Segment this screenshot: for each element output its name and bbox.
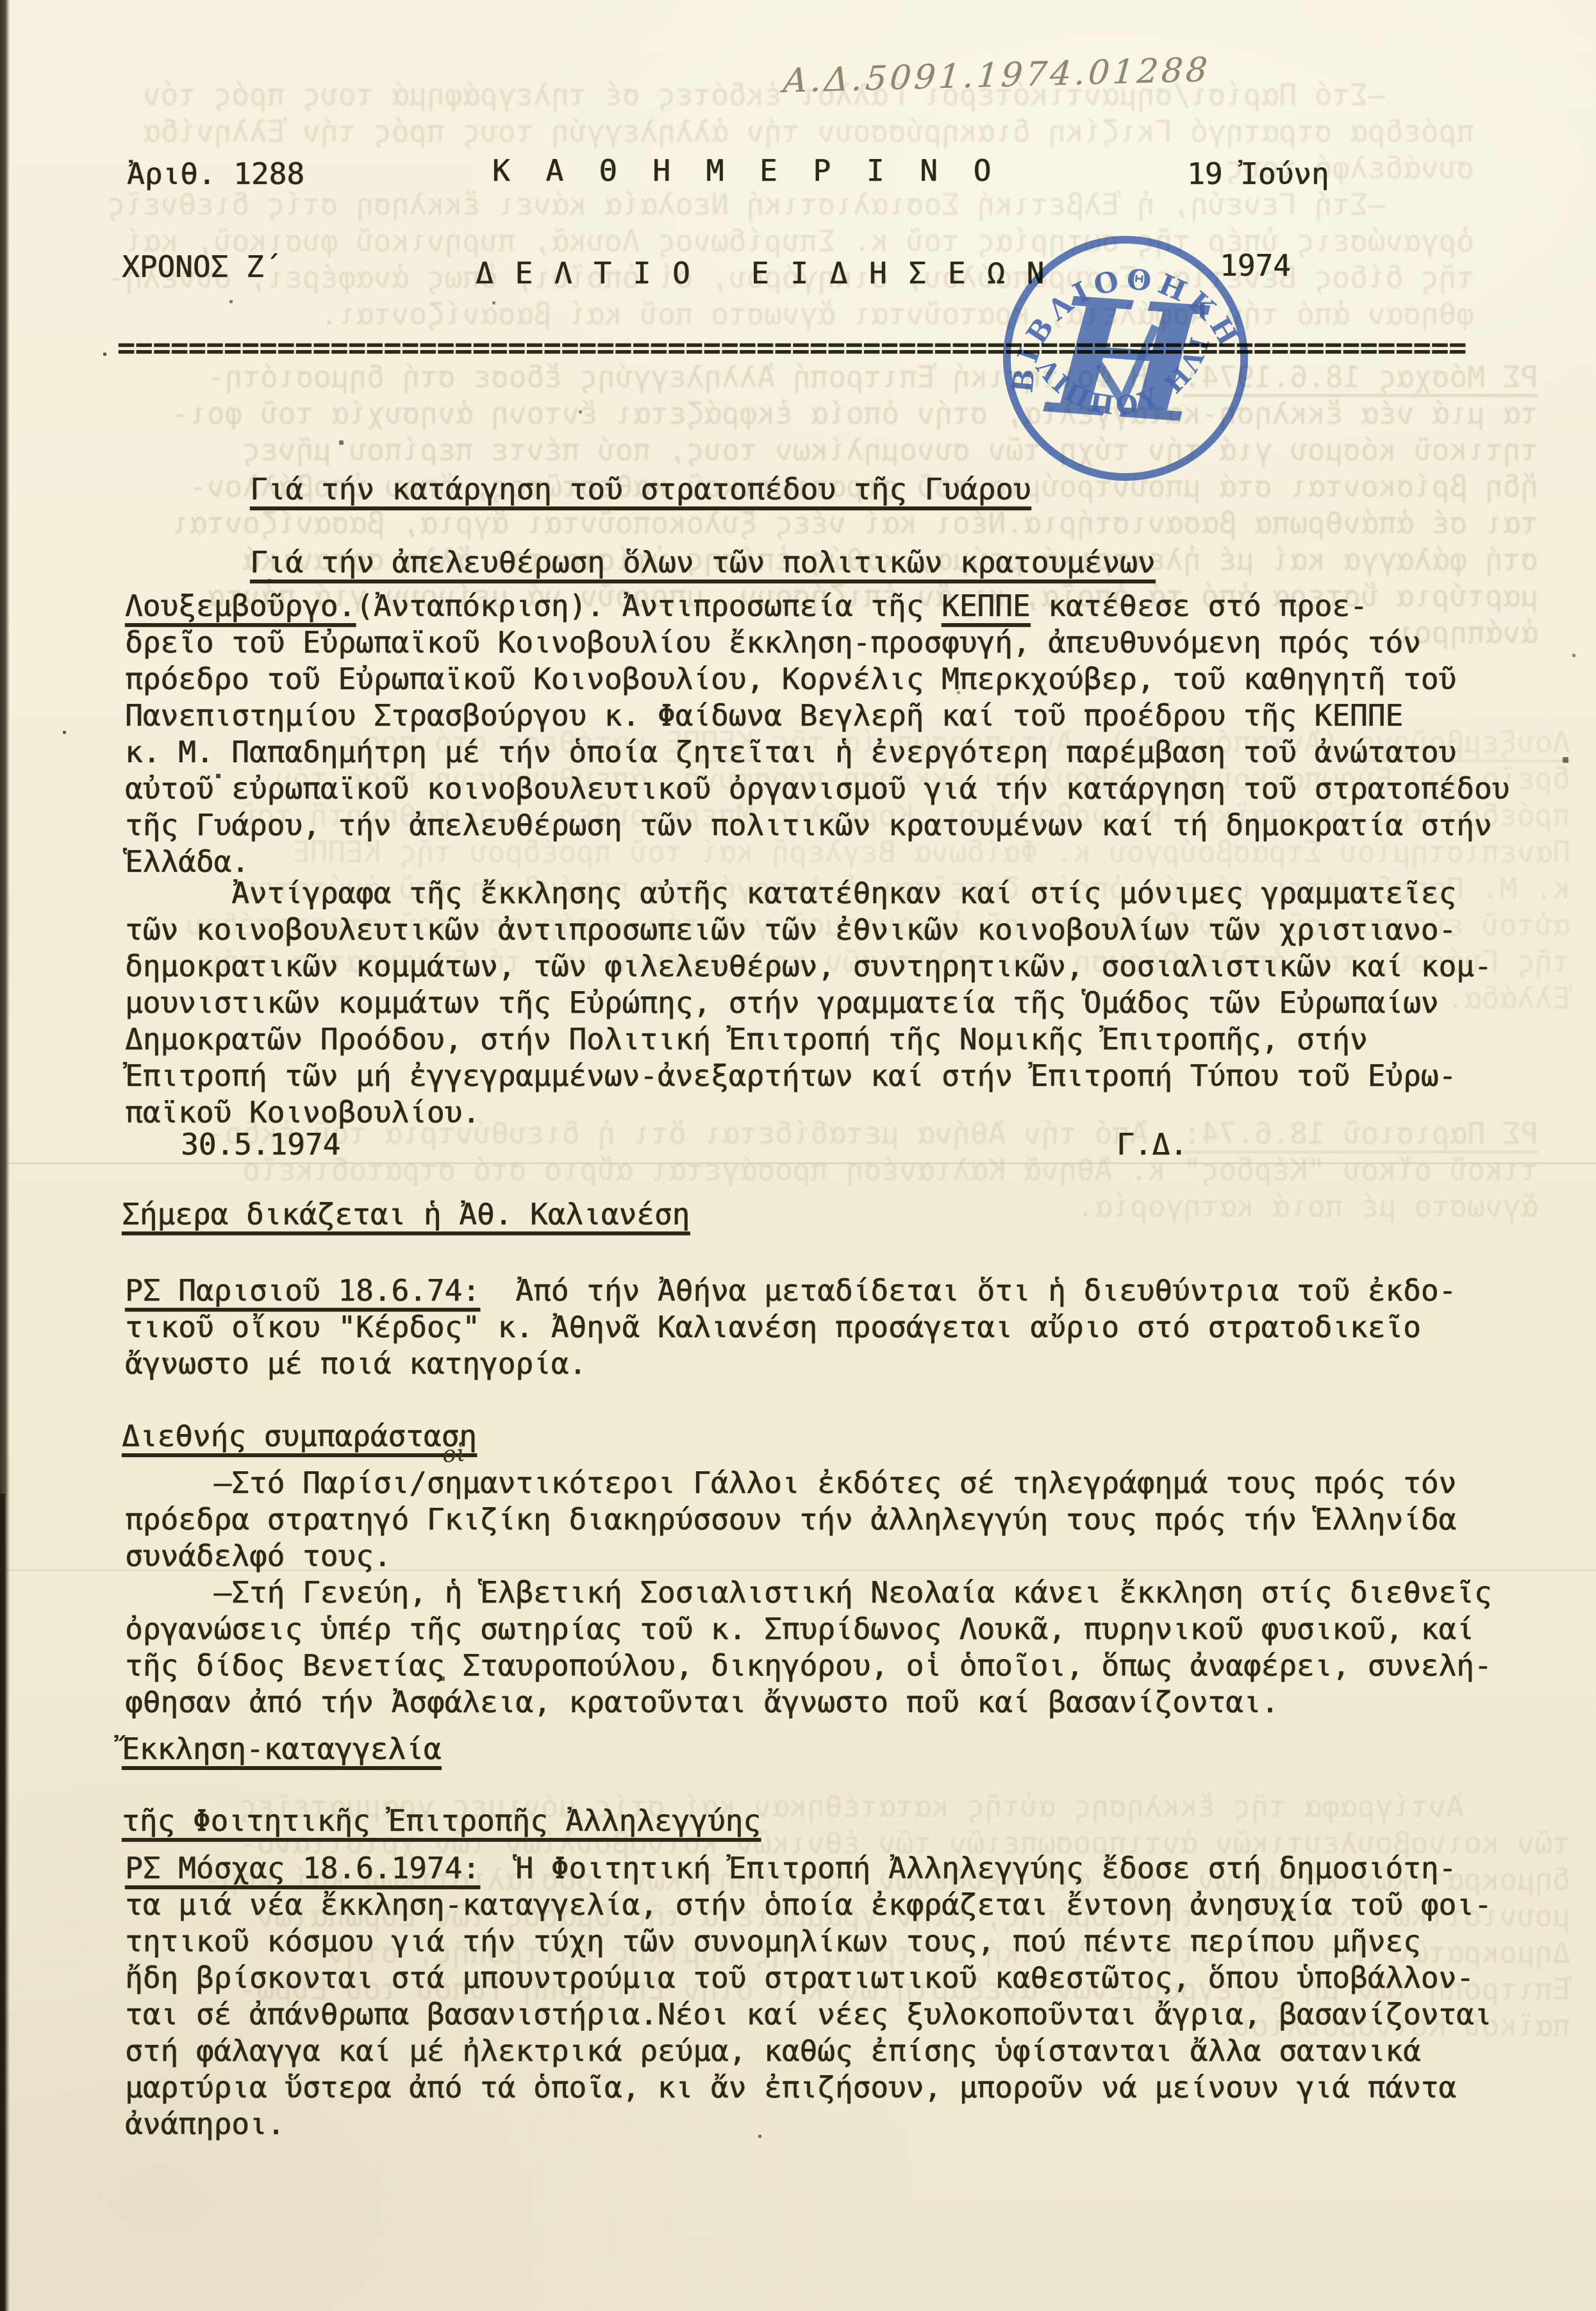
- text-run: στή φάλαγγα καί μέ ἠλεκτρικά ρεύμα, καθώ…: [125, 2033, 1421, 2068]
- text-run: Πανεπιστημίου Στρασβούργου κ. Φαίδωνα Βε…: [125, 698, 1403, 733]
- text-run: ται σέ ἀπάνθρωπα βασανιστήρια.Νέοι καί ν…: [172, 506, 1538, 540]
- article-dateline: 30.5.1974: [181, 1126, 340, 1163]
- text-line: τῶν κοινοβουλευτικῶν ἀντιπροσωπειῶν τῶν …: [125, 912, 1492, 948]
- underlined-text-run: τῆς Φοιτητικῆς Ἐπιτροπῆς Ἀλληλεγγύης: [122, 1803, 761, 1838]
- text-run: Ἀπό τήν Ἀθήνα μεταδίδεται ὅτι ἡ διευθύντ…: [480, 1273, 1456, 1308]
- underlined-text-run: Λουξεμβοῦργο.: [125, 588, 356, 623]
- underlined-text-run: Διεθνής συμπαράσταση: [122, 1419, 477, 1453]
- text-run: (Ἀνταπόκριση). Ἀντιπροσωπεία τῆς: [356, 588, 942, 623]
- text-line: ὀργανώσεις ὑπέρ τῆς σωτηρίας τοῦ κ. Σπυρ…: [125, 1611, 1492, 1648]
- text-line: στή φάλαγγα καί μέ ἠλεκτρικά ρεύμα, καθώ…: [125, 2033, 1492, 2069]
- underlined-text-run: Γιά τήν κατάργηση τοῦ στρατοπέδου τῆς Γυ…: [250, 472, 1031, 506]
- text-run: πρόεδρα στρατηγό Γκιζίκη διακηρύσσουν τή…: [125, 1502, 1456, 1537]
- text-line: τικοῦ οἴκου "Κέρδος" κ. Ἀθηνᾶ Καλιανέση …: [125, 1309, 1456, 1346]
- text-line: τα μιά νέα ἔκκληση-καταγγελία, στήν ὁποί…: [125, 1887, 1492, 1923]
- text-run: ἄγνωστο μέ ποιά κατηγορία.: [1077, 1189, 1538, 1224]
- underlined-text-run: ΡΣ Παρισιοῦ 18.6.74:: [125, 1273, 480, 1308]
- text-run: παϊκοῦ Κοινοβουλίου.: [125, 1095, 480, 1130]
- text-line: Λουξεμβοῦργο.(Ἀνταπόκριση). Ἀντιπροσωπεί…: [125, 588, 1509, 624]
- handwritten-insertion: οἱ: [442, 1440, 467, 1468]
- text-line: Γιά τήν ἀπελευθέρωση ὅλων τῶν πολιτικῶν …: [250, 544, 1155, 581]
- bleedthrough-text: —Στό Παρίσι/σημαντικότεροι Γάλλοι ἐκδότε…: [256, 77, 1474, 333]
- text-run: ἄγνωστο μέ ποιά κατηγορία.: [125, 1346, 586, 1381]
- text-line: Γιά τήν κατάργηση τοῦ στρατοπέδου τῆς Γυ…: [250, 471, 1031, 508]
- text-run: τῆς Γυάρου, τήν ἀπελευθέρωση τῶν πολιτικ…: [125, 808, 1492, 842]
- text-line: —Στό Παρίσι/σημαντικότεροι Γάλλοι ἐκδότε…: [125, 1465, 1492, 1501]
- headline-release-prisoners: Γιά τήν ἀπελευθέρωση ὅλων τῶν πολιτικῶν …: [250, 544, 1155, 581]
- text-line: ΡΣ Μόσχας 18.6.1974: Ἡ Φοιτητική Ἐπιτροπ…: [125, 1850, 1492, 1887]
- handwritten-archive-number: Α.Δ.5091.1974.01288: [782, 51, 1212, 101]
- text-run: αὐτοῦ εὐρωπαϊκοῦ κοινοβουλευτικοῦ ὀργανι…: [125, 771, 1509, 806]
- ink-speckles: [0, 0, 1, 1]
- text-line: παϊκοῦ Κοινοβουλίου.: [125, 1094, 1492, 1131]
- underlined-text-run: Γιά τήν ἀπελευθέρωση ὅλων τῶν πολιτικῶν …: [250, 545, 1155, 580]
- text-line: πρόεδρα στρατηγό Γκιζίκη διακηρύσσουν τή…: [256, 113, 1474, 150]
- text-run: ἀνάπηροι.: [125, 2107, 285, 2141]
- text-run: ἤδη βρίσκονται στά μπουντρούμια τοῦ στρα…: [125, 1960, 1474, 1995]
- date-day: 19 Ἰούνη: [1187, 156, 1329, 192]
- text-run: συνάδελφό τους.: [125, 1539, 391, 1573]
- article-solidarity: —Στό Παρίσι/σημαντικότεροι Γάλλοι ἐκδότε…: [125, 1465, 1492, 1721]
- text-run: Δημοκρατῶν Προόδου, στήν Πολιτική Ἐπιτρο…: [125, 1022, 1368, 1056]
- text-run: τα μιά νέα ἔκκληση-καταγγελία, στήν ὁποί…: [172, 396, 1538, 431]
- text-line: τητικοῦ κόσμου γιά τήν τύχη τῶν συνομηλί…: [192, 432, 1538, 469]
- text-line: μαρτύρια ὕστερα ἀπό τά ὁποῖα, κι ἄν ἐπιζ…: [125, 2069, 1492, 2106]
- text-run: τῆς δίδος Βενετίας Σταυροπούλου, δικηγόρ…: [125, 1648, 1492, 1683]
- text-run: —Στό Παρίσι/σημαντικότεροι Γάλλοι ἐκδότε…: [125, 1465, 1456, 1500]
- article-luxembourg-paragraph-2: Ἀντίγραφα τῆς ἔκκλησης αὐτῆς κατατέθηκαν…: [125, 875, 1492, 1131]
- text-line: φθησαν ἀπό τήν Ἀσφάλεια, κρατοῦνται ἄγνω…: [125, 1684, 1492, 1721]
- text-line: ἄγνωστο μέ ποιά κατηγορία.: [125, 1346, 1456, 1382]
- issue-number: Ἀριθ. 1288: [127, 156, 304, 192]
- scanned-bulletin-page: —Στό Παρίσι/σημαντικότεροι Γάλλοι ἐκδότε…: [0, 0, 1596, 2311]
- text-run: Ἀντίγραφα τῆς ἔκκλησης αὐτῆς κατατέθηκαν…: [125, 876, 1456, 910]
- text-line: Ἐπιτροπή τῶν μή ἐγγεγραμμένων-ἀνεξαρτήτω…: [125, 1058, 1492, 1094]
- text-run: Ἐπιτροπή τῶν μή ἐγγεγραμμένων-ἀνεξαρτήτω…: [125, 1058, 1456, 1093]
- library-stamp-graphic: ΒΙΒΛΙΟΘΗΚΗ ΦΙΛΙΠΠΟΥ ΗΛΙΟΥ Η: [974, 207, 1277, 510]
- text-line: δημοκρατικῶν κομμάτων, τῶν φιλελευθέρων,…: [125, 948, 1492, 985]
- text-line: μουνιστικῶν κομμάτων τῆς Εὐρώπης, στήν γ…: [125, 985, 1492, 1021]
- text-line: τικοῦ οἴκου "Κέρδος" κ. Ἀθηνᾶ Καλιανέση …: [320, 1152, 1538, 1189]
- text-line: πρόεδρα στρατηγό Γκιζίκη διακηρύσσουν τή…: [125, 1501, 1492, 1538]
- text-line: ΡΣ Παρισιοῦ 18.6.74: Ἀπό τήν Ἀθήνα μεταδ…: [125, 1272, 1456, 1309]
- article-paris-radio: ΡΣ Παρισιοῦ 18.6.74: Ἀπό τήν Ἀθήνα μεταδ…: [125, 1272, 1456, 1382]
- underlined-text-run: Σήμερα δικάζεται ἡ Ἀθ. Καλιανέση: [122, 1197, 690, 1231]
- volume-year-label: ΧΡΟΝΟΣ Ζ΄: [122, 249, 281, 285]
- library-stamp: ΒΙΒΛΙΟΘΗΚΗ ΦΙΛΙΠΠΟΥ ΗΛΙΟΥ Η: [974, 207, 1277, 510]
- text-line: ἤδη βρίσκονται στά μπουντρούμια τοῦ στρα…: [125, 1960, 1492, 1996]
- article-moscow-radio: ΡΣ Μόσχας 18.6.1974: Ἡ Φοιτητική Ἐπιτροπ…: [125, 1850, 1492, 2142]
- text-line: τητικοῦ κόσμου γιά τήν τύχη τῶν συνομηλί…: [125, 1923, 1492, 1960]
- text-run: —Στή Γενεύη, ἡ Ἑλβετική Σοσιαλιστική Νεο…: [125, 1575, 1492, 1610]
- text-line: ται σέ ἀπάνθρωπα βασανιστήρια.Νέοι καί ν…: [125, 1996, 1492, 2033]
- text-line: τα μιά νέα ἔκκληση-καταγγελία, στήν ὁποί…: [192, 396, 1538, 432]
- text-line: Πανεπιστημίου Στρασβούργου κ. Φαίδωνα Βε…: [125, 697, 1509, 734]
- text-line: Ἀντίγραφα τῆς ἔκκλησης αὐτῆς κατατέθηκαν…: [125, 875, 1492, 912]
- text-line: πρόεδρο τοῦ Εὐρωπαϊκοῦ Κοινοβουλίου, Κορ…: [125, 661, 1509, 697]
- text-run: μαρτύρια ὕστερα ἀπό τά ὁποῖα, κι ἄν ἐπιζ…: [125, 2070, 1456, 2105]
- text-run: ὀργανώσεις ὑπέρ τῆς σωτηρίας τοῦ κ. Σπυρ…: [125, 1612, 1474, 1646]
- text-run: κ. Μ. Παπαδημήτρη μέ τήν ὁποία ζητεῖται …: [125, 735, 1456, 769]
- text-run: κατέθεσε στό προε-: [1030, 588, 1367, 623]
- text-line: —Στή Γενεύη, ἡ Ἑλβετική Σοσιαλιστική Νεο…: [125, 1574, 1492, 1611]
- text-run: ται σέ ἀπάνθρωπα βασανιστήρια.Νέοι καί ν…: [125, 1997, 1492, 2032]
- text-run: φθησαν ἀπό τήν Ἀσφάλεια, κρατοῦνται ἄγνω…: [320, 297, 1474, 331]
- paper-crease: [0, 1569, 1596, 1571]
- text-run: πρόεδρο τοῦ Εὐρωπαϊκοῦ Κοινοβουλίου, Κορ…: [125, 662, 1456, 696]
- text-run: τητικοῦ κόσμου γιά τήν τύχη τῶν συνομηλί…: [242, 433, 1538, 467]
- text-run: μουνιστικῶν κομμάτων τῆς Εὐρώπης, στήν γ…: [125, 985, 1438, 1020]
- bulletin-title-line2: Δ Ε Λ Τ Ι Ο Ε Ι Δ Η Σ Ε Ω Ν: [476, 255, 1046, 292]
- headline-camp-gyaros: Γιά τήν κατάργηση τοῦ στρατοπέδου τῆς Γυ…: [250, 471, 1031, 508]
- correspondent-initials: Γ.Δ.: [1117, 1126, 1188, 1163]
- text-run: δρεῖο τοῦ Εὐρωπαϊκοῦ Κοινοβουλίου ἔκκλησ…: [125, 625, 1421, 660]
- text-line: ὀργανώσεις ὑπέρ τῆς σωτηρίας τοῦ κ. Σπυρ…: [256, 223, 1474, 260]
- text-line: ἀνάπηροι.: [125, 2106, 1492, 2142]
- text-line: τῆς Φοιτητικῆς Ἐπιτροπῆς Ἀλληλεγγύης: [122, 1803, 761, 1839]
- text-line: τῆς δίδος Βενετίας Σταυροπούλου, δικηγόρ…: [125, 1648, 1492, 1684]
- text-line: κ. Μ. Παπαδημήτρη μέ τήν ὁποία ζητεῖται …: [125, 734, 1509, 771]
- text-line: Σήμερα δικάζεται ἡ Ἀθ. Καλιανέση: [122, 1196, 690, 1233]
- article-luxembourg-paragraph-1: Λουξεμβοῦργο.(Ἀνταπόκριση). Ἀντιπροσωπεί…: [125, 588, 1509, 880]
- underlined-text-run: ΚΕΠΠΕ: [942, 588, 1030, 623]
- text-line: τῆς Γυάρου, τήν ἀπελευθέρωση τῶν πολιτικ…: [125, 807, 1509, 844]
- scan-edge-artifact: [0, 1494, 5, 2311]
- underlined-text-run: ΡΣ Μόσχας 18.6.1974:: [125, 1851, 480, 1885]
- text-line: δρεῖο τοῦ Εὐρωπαϊκοῦ Κοινοβουλίου ἔκκλησ…: [125, 624, 1509, 661]
- text-line: Δημοκρατῶν Προόδου, στήν Πολιτική Ἐπιτρο…: [125, 1021, 1492, 1058]
- text-line: Διεθνής συμπαράσταση: [122, 1418, 477, 1455]
- text-run: Ἑλλάδα.: [125, 844, 249, 879]
- underlined-text-run: Ἔκκληση-καταγγελία: [122, 1731, 442, 1766]
- section-heading-appeal-denunciation: Ἔκκληση-καταγγελία: [122, 1731, 442, 1767]
- text-line: αὐτοῦ εὐρωπαϊκοῦ κοινοβουλευτικοῦ ὀργανι…: [125, 771, 1509, 807]
- text-run: Ἡ Φοιτητική Ἐπιτροπή Ἀλληλεγγύης ἔδοσε σ…: [480, 1851, 1456, 1885]
- separator-line: ========================================…: [117, 330, 1467, 366]
- text-run: τικοῦ οἴκου "Κέρδος" κ. Ἀθηνᾶ Καλιανέση …: [125, 1310, 1421, 1344]
- text-line: φθησαν ἀπό τήν Ἀσφάλεια, κρατοῦνται ἄγνω…: [256, 296, 1474, 333]
- text-line: ται σέ ἀπάνθρωπα βασανιστήρια.Νέοι καί ν…: [192, 505, 1538, 542]
- text-run: —Στή Γενεύη, ἡ Ἑλβετική Σοσιαλιστική Νεο…: [108, 187, 1474, 222]
- text-run: τα μιά νέα ἔκκληση-καταγγελία, στήν ὁποί…: [125, 1887, 1492, 1922]
- text-run: τικοῦ οἴκου "Κέρδος" κ. Ἀθηνᾶ Καλιανέση …: [242, 1153, 1538, 1187]
- text-run: φθησαν ἀπό τήν Ἀσφάλεια, κρατοῦνται ἄγνω…: [125, 1685, 1279, 1719]
- text-run: δημοκρατικῶν κομμάτων, τῶν φιλελευθέρων,…: [125, 949, 1492, 983]
- section-heading-kalianesi-trial: Σήμερα δικάζεται ἡ Ἀθ. Καλιανέση: [122, 1196, 690, 1233]
- text-run: πρόεδρα στρατηγό Γκιζίκη διακηρύσσουν τή…: [143, 114, 1474, 149]
- bulletin-title-line1: Κ Α Θ Η Μ Ε Ρ Ι Ν Ο: [492, 153, 1000, 189]
- stamp-monogram: Η: [1040, 262, 1213, 461]
- section-heading-international-solidarity: Διεθνής συμπαράσταση: [122, 1418, 477, 1455]
- text-run: τῶν κοινοβουλευτικῶν ἀντιπροσωπειῶν τῶν …: [125, 912, 1456, 947]
- section-heading-student-committee: τῆς Φοιτητικῆς Ἐπιτροπῆς Ἀλληλεγγύης: [122, 1803, 761, 1839]
- text-run: τητικοῦ κόσμου γιά τήν τύχη τῶν συνομηλί…: [125, 1924, 1421, 1958]
- paper-crease: [0, 1162, 1596, 1164]
- text-line: Ἔκκληση-καταγγελία: [122, 1731, 442, 1767]
